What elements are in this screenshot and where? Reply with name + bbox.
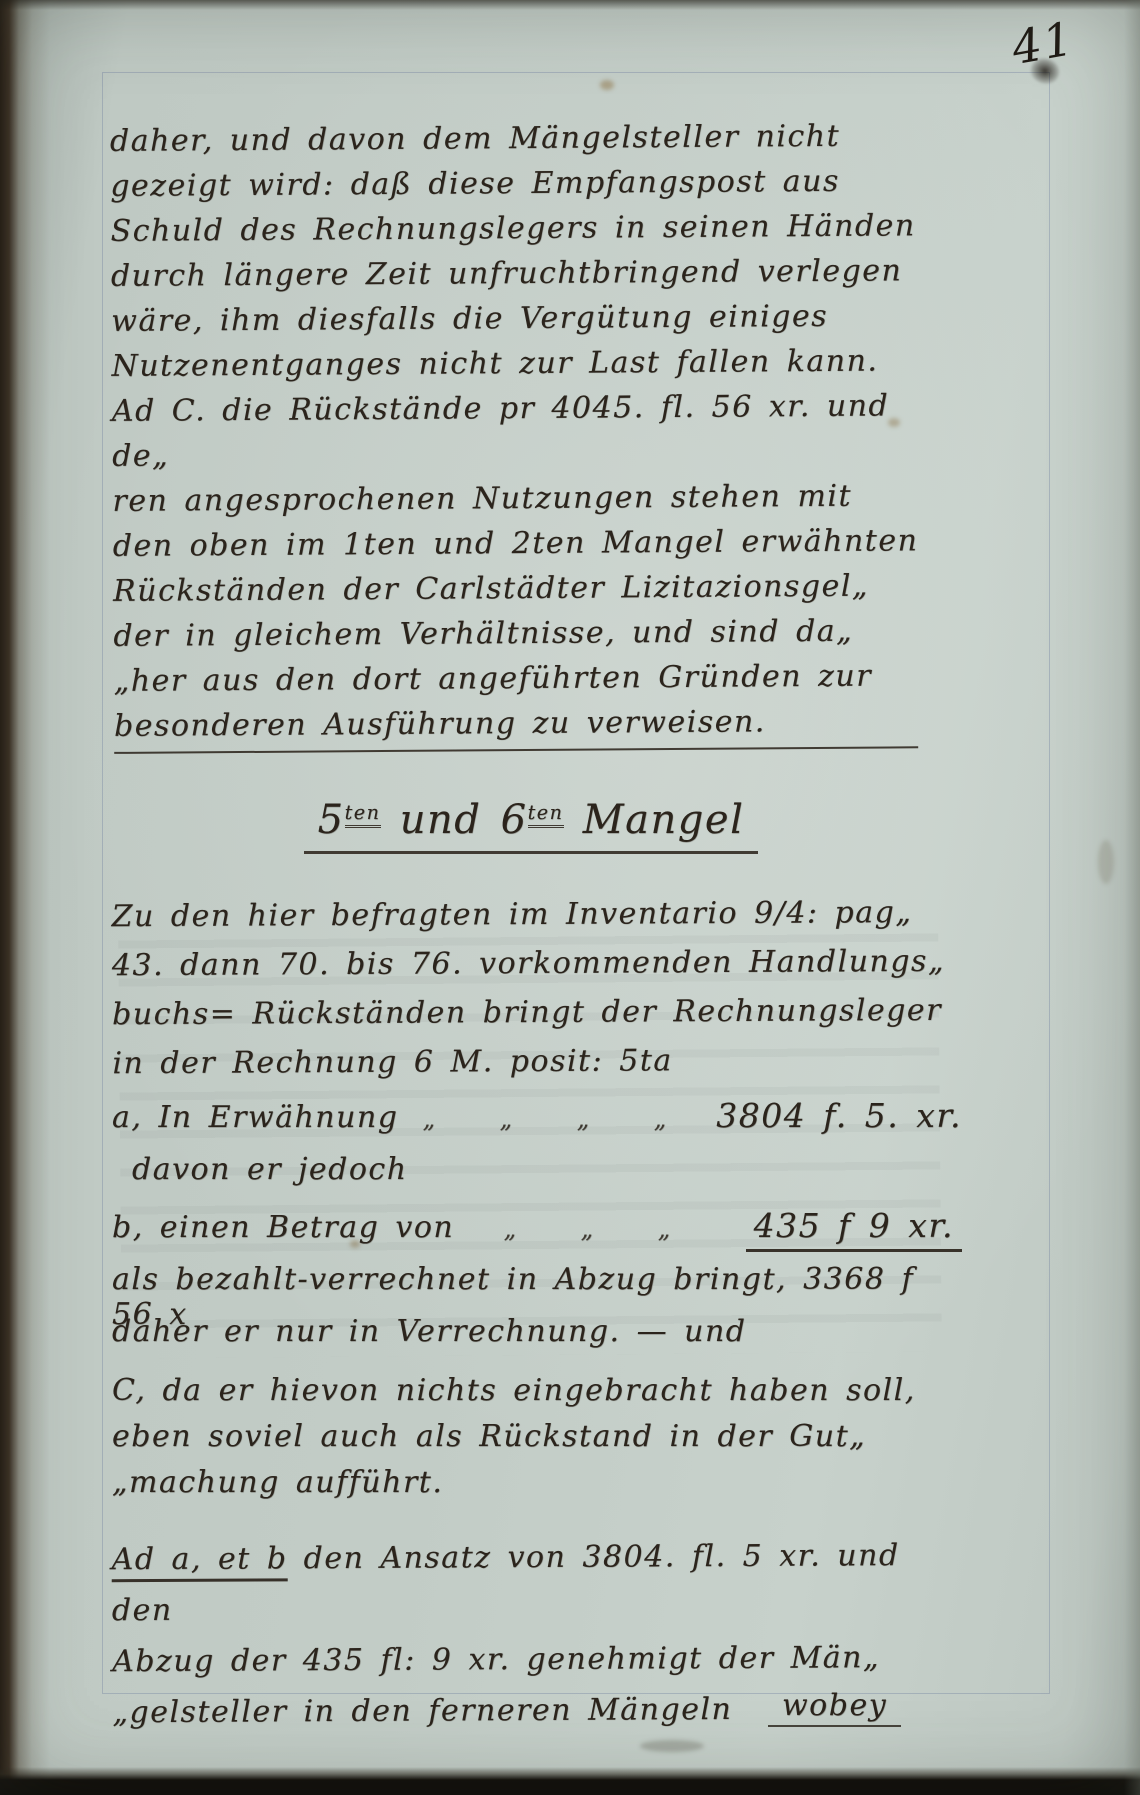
manuscript-line: in der Rechnung 6 M. posit: 5ta xyxy=(112,1035,970,1088)
paragraph-second: Zu den hier befragten im Inventario 9/4:… xyxy=(111,888,970,1088)
manuscript-line: durch längere Zeit unfruchtbringend verl… xyxy=(111,248,949,299)
manuscript-line-underlined: besonderen Ausführung zu verweisen. xyxy=(114,698,952,754)
manuscript-line: Ad a, et b den Ansatz von 3804. fl. 5 xr… xyxy=(111,1530,970,1636)
heading-number: 6 xyxy=(501,797,528,843)
manuscript-line: „her aus den dort angeführten Gründen zu… xyxy=(114,653,952,704)
underlined-lead: Ad a, et b xyxy=(112,1541,288,1582)
manuscript-page: 41 daher, und davon dem Mängelsteller ni… xyxy=(0,0,1140,1795)
manuscript-line: Ad C. die Rückstände pr 4045. fl. 56 xr.… xyxy=(112,383,951,479)
manuscript-line: Rückständen der Carlstädter Lizitazionsg… xyxy=(113,563,951,614)
manuscript-line: „machung aufführt. xyxy=(112,1460,970,1506)
manuscript-line: gezeigt wird: daß diese Empfangspost aus xyxy=(110,158,948,209)
paragraph-main: daher, und davon dem Mängelsteller nicht… xyxy=(110,113,952,754)
section-heading: 5ten und 6ten Mangel xyxy=(112,797,950,854)
amount-value: 3804 f. 5. xr. xyxy=(716,1096,962,1135)
entry-label: b, einen Betrag von xyxy=(112,1210,454,1245)
book-binding-edge xyxy=(0,0,50,1795)
paper-stain xyxy=(1098,840,1114,884)
ledger-entry-c: C, da er hievon nichts eingebracht haben… xyxy=(112,1368,970,1506)
heading-conjunction: und xyxy=(400,797,482,843)
manuscript-line: C, da er hievon nichts eingebracht haben… xyxy=(112,1368,970,1414)
ledger-row-a: a, In Erwähnung „ „ „ „ 3804 f. 5. xr. xyxy=(112,1096,962,1135)
ledger-row-b: b, einen Betrag von „ „ „ 435 f 9 xr. xyxy=(112,1206,962,1252)
heading-word: Mangel xyxy=(583,797,745,843)
heading-superscript: ten xyxy=(528,801,564,828)
manuscript-line: 43. dann 70. bis 76. vorkommenden Handlu… xyxy=(112,937,970,990)
page-bottom-edge xyxy=(0,1767,1140,1795)
manuscript-line: Abzug der 435 fl: 9 xr. genehmigt der Mä… xyxy=(112,1632,970,1687)
manuscript-line: der in gleichem Verhältnisse, und sind d… xyxy=(113,608,951,659)
filler-dashes: „ „ „ xyxy=(454,1215,745,1243)
page-right-shadow xyxy=(1124,0,1140,1795)
manuscript-line: daher, und davon dem Mängelsteller nicht xyxy=(110,113,948,164)
filler-dashes: „ „ „ „ xyxy=(398,1105,716,1133)
paper-stain xyxy=(640,1740,704,1752)
heading-superscript: ten xyxy=(345,801,381,828)
catchword: wobey xyxy=(768,1688,901,1727)
amount-value-underlined: 435 f 9 xr. xyxy=(746,1206,962,1252)
manuscript-line: Schuld des Rechnungslegers in seinen Hän… xyxy=(110,203,948,254)
interline-note: davon er jedoch xyxy=(132,1152,408,1187)
entry-label: a, In Erwähnung xyxy=(112,1100,398,1135)
manuscript-line: ren angesprochenen Nutzungen stehen mit xyxy=(112,473,950,524)
heading-text: 5ten und 6ten Mangel xyxy=(304,797,759,854)
heading-number: 5 xyxy=(318,797,345,843)
manuscript-line: eben soviel auch als Rückstand in der Gu… xyxy=(112,1414,970,1460)
manuscript-line: Nutzenentganges nicht zur Last fallen ka… xyxy=(111,338,949,389)
manuscript-line: den oben im 1ten und 2ten Mangel erwähnt… xyxy=(113,518,951,569)
underlined-text: besonderen Ausführung zu verweisen. xyxy=(114,698,919,754)
remark-line: daher er nur in Verrechnung. — und xyxy=(112,1314,970,1349)
manuscript-line: Zu den hier befragten im Inventario 9/4:… xyxy=(111,888,969,941)
paper-stain xyxy=(600,80,614,90)
manuscript-line: buchs= Rückständen bringt der Rechnungsl… xyxy=(112,986,970,1039)
page-top-shadow xyxy=(0,0,1140,10)
manuscript-line: wäre, ihm diesfalls die Vergütung einige… xyxy=(111,293,949,344)
